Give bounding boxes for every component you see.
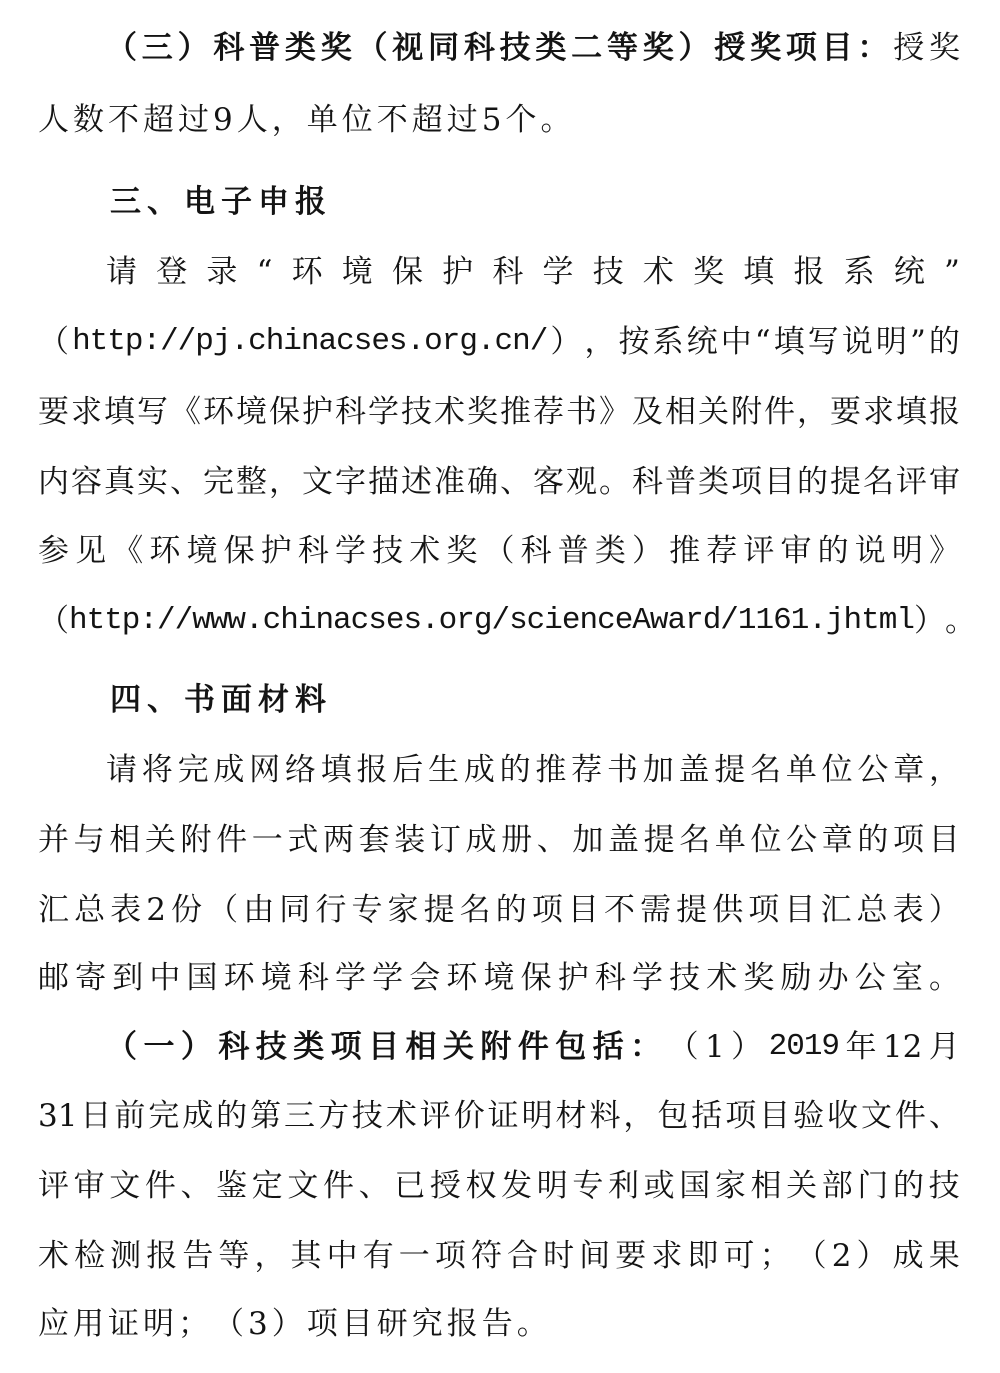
text-glyph: 合	[507, 1234, 538, 1278]
text-glyph: 年	[845, 1025, 876, 1069]
text-glyph: 提	[424, 888, 455, 932]
text-glyph: 评	[896, 460, 927, 504]
text-glyph: 。	[929, 956, 960, 1000]
text-glyph: 总	[74, 888, 105, 932]
text-glyph: 汇	[820, 888, 851, 932]
text-glyph: 境	[187, 529, 218, 573]
text-glyph: 盖	[679, 748, 710, 792]
text-glyph: 报	[447, 1302, 482, 1346]
text-glyph: 科	[218, 1025, 249, 1069]
text-glyph: 提	[830, 460, 861, 504]
text-glyph: 文	[861, 1094, 892, 1138]
text-glyph: 、	[181, 1164, 212, 1208]
text-glyph: 荐	[533, 390, 564, 434]
text-line: 31日前完成的第三方技术评价证明材料，包括项目验收文件、	[38, 1094, 960, 1138]
text-glyph: 络	[285, 748, 316, 792]
text-glyph: 环	[203, 390, 234, 434]
text-glyph: 单	[307, 98, 342, 142]
text-glyph: （	[668, 1025, 699, 1069]
text-glyph: 术	[409, 529, 440, 573]
text-glyph: 填	[896, 390, 927, 434]
text-glyph: 寄	[75, 956, 106, 1000]
text-glyph: 技	[593, 250, 624, 294]
text-glyph: 奖	[446, 529, 477, 573]
text-glyph: 说	[855, 529, 886, 573]
text-glyph: ）	[181, 1025, 212, 1069]
text-line: 请将完成网络填报后生成的推荐书加盖提名单位公章，	[106, 748, 960, 792]
text-glyph: 测	[110, 1234, 141, 1278]
text-glyph: 章	[822, 818, 853, 862]
text-glyph: 相	[751, 1164, 782, 1208]
text-glyph: 书	[566, 390, 597, 434]
text-glyph: 项	[532, 888, 563, 932]
text-line: 并与相关附件一式两套装订成册、加盖提名单位公章的项目	[38, 818, 960, 862]
text-line: 汇总表2份（由同行专家提名的项目不需提供项目汇总表）	[38, 888, 960, 932]
text-glyph: 观	[566, 460, 597, 504]
text-glyph: 审	[929, 460, 960, 504]
text-glyph: 的	[500, 748, 531, 792]
text-glyph: 三	[284, 1094, 315, 1138]
text-glyph: 件	[764, 390, 795, 434]
text-glyph: 中	[721, 320, 752, 364]
text-glyph: 说	[842, 320, 873, 364]
text-glyph: ，	[269, 460, 300, 504]
text-glyph: 件	[145, 1164, 176, 1208]
text-glyph: 位	[751, 818, 782, 862]
text-glyph: 及	[632, 390, 663, 434]
text-glyph: 单	[786, 748, 817, 792]
text-glyph: ，	[929, 748, 960, 792]
text-glyph: ）	[632, 529, 663, 573]
text-glyph: ；	[178, 1302, 213, 1346]
text-glyph: 环	[224, 956, 255, 1000]
text-glyph: 件	[323, 1164, 354, 1208]
text-glyph: 提	[714, 748, 745, 792]
text-line: 内容真实、完整，文字描述准确、客观。科普类项目的提名评审	[38, 460, 960, 504]
text-glyph: 填	[321, 748, 352, 792]
text-glyph: 方	[318, 1094, 349, 1138]
text-glyph: 审	[781, 529, 812, 573]
text-glyph: 收	[827, 1094, 858, 1138]
text-glyph: 过	[178, 98, 213, 142]
text-glyph: 授	[430, 1164, 461, 1208]
text-glyph: 盖	[608, 818, 639, 862]
text-glyph: 关	[786, 1164, 817, 1208]
text-glyph: 确	[467, 460, 498, 504]
text-glyph: 请	[106, 250, 137, 294]
text-glyph: ）	[679, 26, 710, 70]
text-glyph: 项	[786, 26, 817, 70]
text-glyph: 评	[743, 529, 774, 573]
text-glyph: 符	[471, 1234, 502, 1278]
text-glyph: 评	[38, 1164, 69, 1208]
text-glyph: ）	[731, 1025, 762, 1069]
text-glyph: 研	[377, 1302, 412, 1346]
text-glyph: 保	[392, 250, 423, 294]
text-glyph: ：	[630, 1025, 661, 1069]
text-glyph: 时	[543, 1234, 574, 1278]
text-glyph: 由	[243, 888, 274, 932]
text-glyph: 附	[181, 818, 212, 862]
text-line: （http://pj.chinacses.org.cn/），按系统中“填写说明”…	[38, 320, 960, 364]
text-glyph: ）	[178, 26, 209, 70]
text-glyph: 类	[698, 460, 729, 504]
text-glyph: 第	[250, 1094, 281, 1138]
text-glyph: 名	[863, 460, 894, 504]
text-glyph: 5	[482, 98, 506, 142]
text-glyph: 果	[929, 1234, 960, 1278]
text-glyph: 奖	[467, 390, 498, 434]
text-glyph: 不	[377, 98, 412, 142]
text-glyph: 类	[285, 26, 316, 70]
text-glyph: 2	[146, 888, 166, 932]
text-glyph: 述	[401, 460, 432, 504]
text-glyph: 》	[599, 390, 630, 434]
text-glyph: 目	[759, 1094, 790, 1138]
text-glyph: 公	[786, 818, 817, 862]
text-glyph: 推	[500, 390, 531, 434]
text-glyph: 公	[857, 748, 888, 792]
text-glyph: 奖	[743, 956, 774, 1000]
text-glyph: 生	[428, 748, 459, 792]
text-glyph: 普	[665, 460, 696, 504]
text-glyph: 、	[359, 1164, 390, 1208]
text-glyph: ，	[584, 320, 615, 364]
text-line: （一）科技类项目相关附件包括：（1）2019年12月	[106, 1025, 960, 1069]
text-glyph: 同	[428, 26, 459, 70]
text-glyph: 环	[446, 956, 477, 1000]
text-glyph: 目	[764, 460, 795, 504]
text-glyph: 推	[535, 748, 566, 792]
text-glyph: 名	[460, 888, 491, 932]
text-glyph: 名	[750, 748, 781, 792]
text-glyph: 术	[434, 390, 465, 434]
text-line: 邮寄到中国环境科学学会环境保护科学技术奖励办公室。	[38, 956, 960, 1000]
text-line: （三）科普类奖（视同科技类二等奖）授奖项目：授奖	[106, 26, 960, 70]
text-glyph: 的	[818, 529, 849, 573]
text-glyph: 报	[146, 1234, 177, 1278]
text-glyph: 供	[712, 888, 743, 932]
text-glyph: 、	[500, 460, 531, 504]
text-glyph: 两	[323, 818, 354, 862]
text-glyph: 可	[723, 1234, 754, 1278]
text-glyph: 2019	[769, 1025, 839, 1069]
text-glyph: 荐	[571, 748, 602, 792]
text-glyph: 中	[327, 1234, 358, 1278]
text-glyph: 完	[148, 1094, 179, 1138]
text-glyph: 件	[895, 1094, 926, 1138]
text-glyph: 技	[352, 1094, 383, 1138]
text-glyph: 境	[342, 250, 373, 294]
text-glyph: 要	[38, 390, 69, 434]
text-glyph: 验	[793, 1094, 824, 1138]
text-glyph: 家	[388, 888, 419, 932]
text-glyph: 》	[929, 529, 960, 573]
text-glyph: 报	[929, 390, 960, 434]
text-glyph: 报	[793, 250, 824, 294]
text-glyph: 部	[822, 1164, 853, 1208]
text-glyph: ：	[857, 26, 888, 70]
text-glyph: 个	[505, 98, 540, 142]
text-glyph: 项	[731, 460, 762, 504]
text-glyph: ，	[254, 1234, 285, 1278]
text-glyph: 境	[484, 956, 515, 1000]
text-glyph: 视	[392, 26, 423, 70]
text-glyph: 填	[774, 320, 805, 364]
text-glyph: 家	[715, 1164, 746, 1208]
text-glyph: 《	[112, 529, 143, 573]
text-glyph: 章	[893, 748, 924, 792]
text-glyph: ）	[857, 1234, 888, 1278]
text-glyph: 办	[818, 956, 849, 1000]
text-glyph: 公	[855, 956, 886, 1000]
text-glyph: 权	[466, 1164, 497, 1208]
text-glyph: 奖	[643, 26, 674, 70]
text-glyph: 普	[558, 529, 589, 573]
text-glyph: 的	[929, 320, 960, 364]
text-glyph: 超	[412, 98, 447, 142]
text-glyph: 完	[203, 460, 234, 504]
text-glyph: （	[213, 1302, 248, 1346]
text-glyph: 专	[572, 1164, 603, 1208]
text-glyph: ，	[797, 390, 828, 434]
text-glyph: 护	[261, 529, 292, 573]
text-line: 请登录“环境保护科学技术奖填报系统”	[106, 250, 960, 294]
text-glyph: 间	[579, 1234, 610, 1278]
text-glyph: 需	[640, 888, 671, 932]
text-glyph: （	[484, 529, 515, 573]
text-glyph: 授	[714, 26, 745, 70]
text-glyph: 求	[71, 390, 102, 434]
text-glyph: 将	[142, 748, 173, 792]
text-glyph: 31	[38, 1094, 77, 1138]
text-glyph: 推	[669, 529, 700, 573]
text-glyph: 的	[797, 460, 828, 504]
text-glyph: 学	[632, 956, 663, 1000]
text-line: 评审文件、鉴定文件、已授权发明专利或国家相关部门的技	[38, 1164, 960, 1208]
text-glyph: 目	[342, 1302, 377, 1346]
text-glyph: 明	[522, 1094, 553, 1138]
text-glyph: 科	[521, 529, 552, 573]
text-glyph: ）	[914, 599, 945, 643]
text-glyph: 术	[706, 956, 737, 1000]
text-glyph: 人	[237, 98, 272, 142]
text-glyph: 前	[114, 1094, 145, 1138]
text-glyph: 实	[137, 460, 168, 504]
text-glyph: 、	[537, 818, 568, 862]
text-glyph: 一	[399, 1234, 430, 1278]
text-glyph: 科	[335, 390, 366, 434]
text-glyph: 价	[454, 1094, 485, 1138]
text-glyph: 求	[863, 390, 894, 434]
text-glyph: 《	[170, 390, 201, 434]
text-glyph: 不	[108, 98, 143, 142]
text-glyph: 环	[149, 529, 180, 573]
text-glyph: ）	[272, 1302, 307, 1346]
text-line: 参见《环境保护科学技术奖（科普类）推荐评审的说明》	[38, 529, 960, 573]
text-glyph: 国	[679, 1164, 710, 1208]
text-glyph: 普	[249, 26, 280, 70]
text-glyph: 学	[335, 529, 366, 573]
text-glyph: 项	[893, 818, 924, 862]
text-glyph: 附	[731, 390, 762, 434]
text-glyph: 。	[540, 98, 575, 142]
text-glyph: 写	[808, 320, 839, 364]
text-glyph: 室	[892, 956, 923, 1000]
text-line: 要求填写《环境保护科学技术奖推荐书》及相关附件，要求填报	[38, 390, 960, 434]
text-glyph: 加	[643, 748, 674, 792]
text-glyph: 要	[615, 1234, 646, 1278]
text-glyph: 书	[607, 748, 638, 792]
text-glyph: 关	[698, 390, 729, 434]
text-glyph: 专	[351, 888, 382, 932]
text-glyph: 位	[342, 98, 377, 142]
text-glyph: 包	[555, 1025, 586, 1069]
text-glyph: 技	[500, 26, 531, 70]
text-glyph: 学	[543, 250, 574, 294]
text-glyph: 表	[893, 888, 924, 932]
text-glyph: 一	[252, 818, 283, 862]
text-glyph: 填	[104, 390, 135, 434]
text-glyph: 完	[178, 748, 209, 792]
text-glyph: 的	[496, 888, 527, 932]
text-glyph: 等	[218, 1234, 249, 1278]
text-glyph: 1	[705, 1025, 725, 1069]
text-glyph: 日	[80, 1094, 111, 1138]
text-glyph: 2	[832, 1234, 852, 1278]
text-glyph: 统	[687, 320, 718, 364]
text-glyph: 成	[464, 748, 495, 792]
text-glyph: 科	[298, 956, 329, 1000]
text-glyph: 数	[73, 98, 108, 142]
text-glyph: （	[796, 1234, 827, 1278]
text-glyph: 告	[482, 1302, 517, 1346]
text-glyph: （	[106, 26, 137, 70]
url-text: http://www.chinacses.org/scienceAward/11…	[69, 599, 914, 643]
text-glyph: 超	[143, 98, 178, 142]
text-glyph: 整	[236, 460, 267, 504]
text-glyph: 成	[182, 1094, 213, 1138]
text-glyph: 保	[521, 956, 552, 1000]
text-glyph: 目	[784, 888, 815, 932]
text-glyph: 网	[249, 748, 280, 792]
text-line: 术检测报告等，其中有一项符合时间要求即可；（2）成果	[38, 1234, 960, 1278]
text-glyph: 相	[109, 818, 140, 862]
text-glyph: 见	[75, 529, 106, 573]
text-glyph: 利	[608, 1164, 639, 1208]
text-glyph: 检	[74, 1234, 105, 1278]
text-glyph: 的	[857, 818, 888, 862]
text-glyph: 到	[112, 956, 143, 1000]
text-glyph: 鉴	[216, 1164, 247, 1208]
text-glyph: 目	[368, 1025, 399, 1069]
text-glyph: 类	[595, 529, 626, 573]
text-glyph: 学	[372, 956, 403, 1000]
text-glyph: 类	[535, 26, 566, 70]
text-glyph: 类	[293, 1025, 324, 1069]
text-glyph: 审	[74, 1164, 105, 1208]
text-glyph: 册	[501, 818, 532, 862]
text-glyph: 国	[187, 956, 218, 1000]
text-glyph: 科	[213, 26, 244, 70]
text-glyph: 。	[945, 599, 976, 643]
text-glyph: 报	[356, 748, 387, 792]
text-glyph: 并	[38, 818, 69, 862]
text-glyph: 项	[748, 888, 779, 932]
text-glyph: 套	[359, 818, 390, 862]
text-glyph: 三	[142, 26, 173, 70]
text-glyph: 名	[679, 818, 710, 862]
text-glyph: 应	[38, 1302, 73, 1346]
text-glyph: 订	[430, 818, 461, 862]
text-glyph: ”	[944, 250, 960, 294]
text-glyph: ；	[760, 1234, 791, 1278]
text-glyph: 相	[665, 390, 696, 434]
text-glyph: 不	[604, 888, 635, 932]
text-glyph: ）	[929, 888, 960, 932]
text-glyph: 填	[743, 250, 774, 294]
text-glyph: 技	[372, 529, 403, 573]
text-glyph: 位	[822, 748, 853, 792]
text-glyph: 评	[420, 1094, 451, 1138]
text-glyph: 护	[442, 250, 473, 294]
text-glyph: 科	[492, 250, 523, 294]
text-glyph: 有	[363, 1234, 394, 1278]
text-glyph: “	[755, 320, 771, 364]
text-glyph: 加	[572, 818, 603, 862]
text-glyph: 一	[143, 1025, 174, 1069]
text-glyph: （	[38, 320, 69, 364]
text-glyph: “	[257, 250, 273, 294]
text-glyph: 究	[412, 1302, 447, 1346]
text-glyph: 文	[287, 1164, 318, 1208]
text-glyph: 技	[256, 1025, 287, 1069]
text-glyph: 关	[443, 1025, 474, 1069]
text-glyph: 即	[687, 1234, 718, 1278]
text-glyph: 括	[593, 1025, 624, 1069]
text-glyph: 护	[558, 956, 589, 1000]
text-glyph: 明	[876, 320, 907, 364]
text-glyph: 附	[480, 1025, 511, 1069]
text-glyph: 科	[464, 26, 495, 70]
text-glyph: 环	[292, 250, 323, 294]
text-glyph: 件	[216, 818, 247, 862]
text-glyph: 过	[447, 98, 482, 142]
text-glyph: 成	[893, 1234, 924, 1278]
text-glyph: 目	[822, 26, 853, 70]
text-glyph: 门	[857, 1164, 888, 1208]
text-glyph: 表	[110, 888, 141, 932]
text-glyph: 科	[632, 460, 663, 504]
text-glyph: 成	[466, 818, 497, 862]
text-glyph: 行	[315, 888, 346, 932]
text-glyph: 奖	[693, 250, 724, 294]
text-glyph: 份	[171, 888, 202, 932]
text-glyph: 12	[883, 1025, 922, 1069]
text-glyph: 要	[830, 390, 861, 434]
text-glyph: 汇	[38, 888, 69, 932]
text-glyph: 登	[156, 250, 187, 294]
text-glyph: 术	[38, 1234, 69, 1278]
text-glyph: 项	[725, 1094, 756, 1138]
text-glyph: 技	[669, 956, 700, 1000]
text-glyph: 准	[434, 460, 465, 504]
url-text: http://pj.chinacses.org.cn/	[72, 320, 547, 364]
text-glyph: 件	[518, 1025, 549, 1069]
text-glyph: 项	[435, 1234, 466, 1278]
section-heading: 三、电子申报	[110, 180, 332, 224]
text-glyph: 描	[368, 460, 399, 504]
